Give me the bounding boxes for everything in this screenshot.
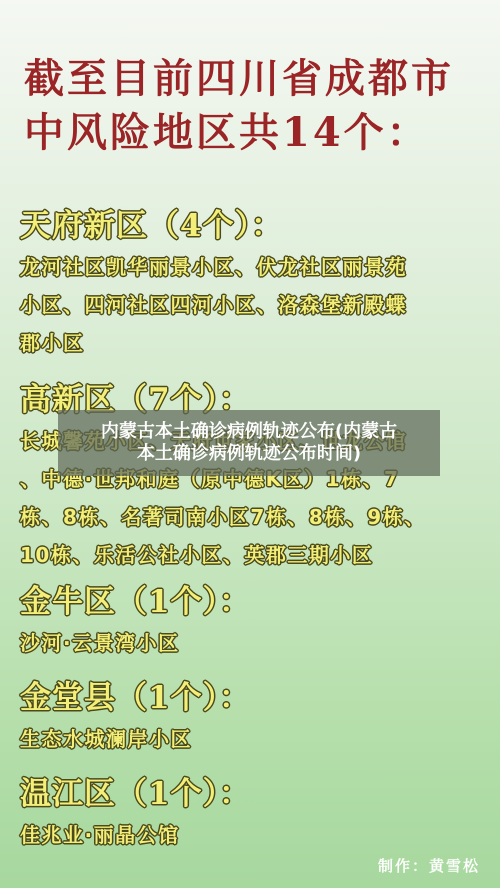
caption-overlay: 内蒙古本土确诊病例轨迹公布(内蒙古 本土确诊病例轨迹公布时间) [58, 410, 440, 476]
caption-text: 内蒙古本土确诊病例轨迹公布(内蒙古 本土确诊病例轨迹公布时间) [101, 421, 397, 465]
section-body: 佳兆业·丽晶公馆 [20, 816, 485, 854]
section-jintang-county: 金堂县（1个）： 生态水城澜岸小区 [20, 678, 485, 758]
section-body: 龙河社区凯华丽景小区、伏龙社区丽景苑 小区、四河社区四河小区、洛森堡新殿蝶 郡小… [20, 248, 485, 362]
section-heading: 天府新区（4个）： [20, 206, 485, 246]
section-line: 小区、四河社区四河小区、洛森堡新殿蝶 [20, 286, 485, 324]
title-line-1: 截至目前四川省成都市 [24, 52, 484, 106]
section-line: 栋、8栋、名著司南小区7栋、8栋、9栋、 [20, 498, 485, 536]
poster: 截至目前四川省成都市 中风险地区共14个： 天府新区（4个）： 龙河社区凯华丽景… [0, 0, 500, 888]
caption-line-2: 本土确诊病例轨迹公布时间) [101, 443, 397, 465]
section-heading: 温江区（1个）： [20, 774, 485, 814]
section-heading: 金堂县（1个）： [20, 678, 485, 718]
title-line-2: 中风险地区共14个： [24, 106, 484, 160]
section-body: 沙河·云景湾小区 [20, 624, 485, 662]
caption-line-1: 内蒙古本土确诊病例轨迹公布(内蒙古 [101, 421, 397, 443]
section-line: 生态水城澜岸小区 [20, 720, 485, 758]
author-credit: 制作：黄雪松 [378, 855, 480, 876]
section-line: 佳兆业·丽晶公馆 [20, 816, 485, 854]
section-tianfu-new-area: 天府新区（4个）： 龙河社区凯华丽景小区、伏龙社区丽景苑 小区、四河社区四河小区… [20, 206, 485, 362]
poster-title: 截至目前四川省成都市 中风险地区共14个： [24, 52, 484, 160]
section-line: 10栋、乐活公社小区、英郡三期小区 [20, 536, 485, 574]
section-heading: 金牛区（1个）： [20, 582, 485, 622]
section-line: 龙河社区凯华丽景小区、伏龙社区丽景苑 [20, 248, 485, 286]
section-body: 生态水城澜岸小区 [20, 720, 485, 758]
section-jinniu-district: 金牛区（1个）： 沙河·云景湾小区 [20, 582, 485, 662]
section-wenjiang-district: 温江区（1个）： 佳兆业·丽晶公馆 [20, 774, 485, 854]
section-line: 郡小区 [20, 324, 485, 362]
section-line: 沙河·云景湾小区 [20, 624, 485, 662]
